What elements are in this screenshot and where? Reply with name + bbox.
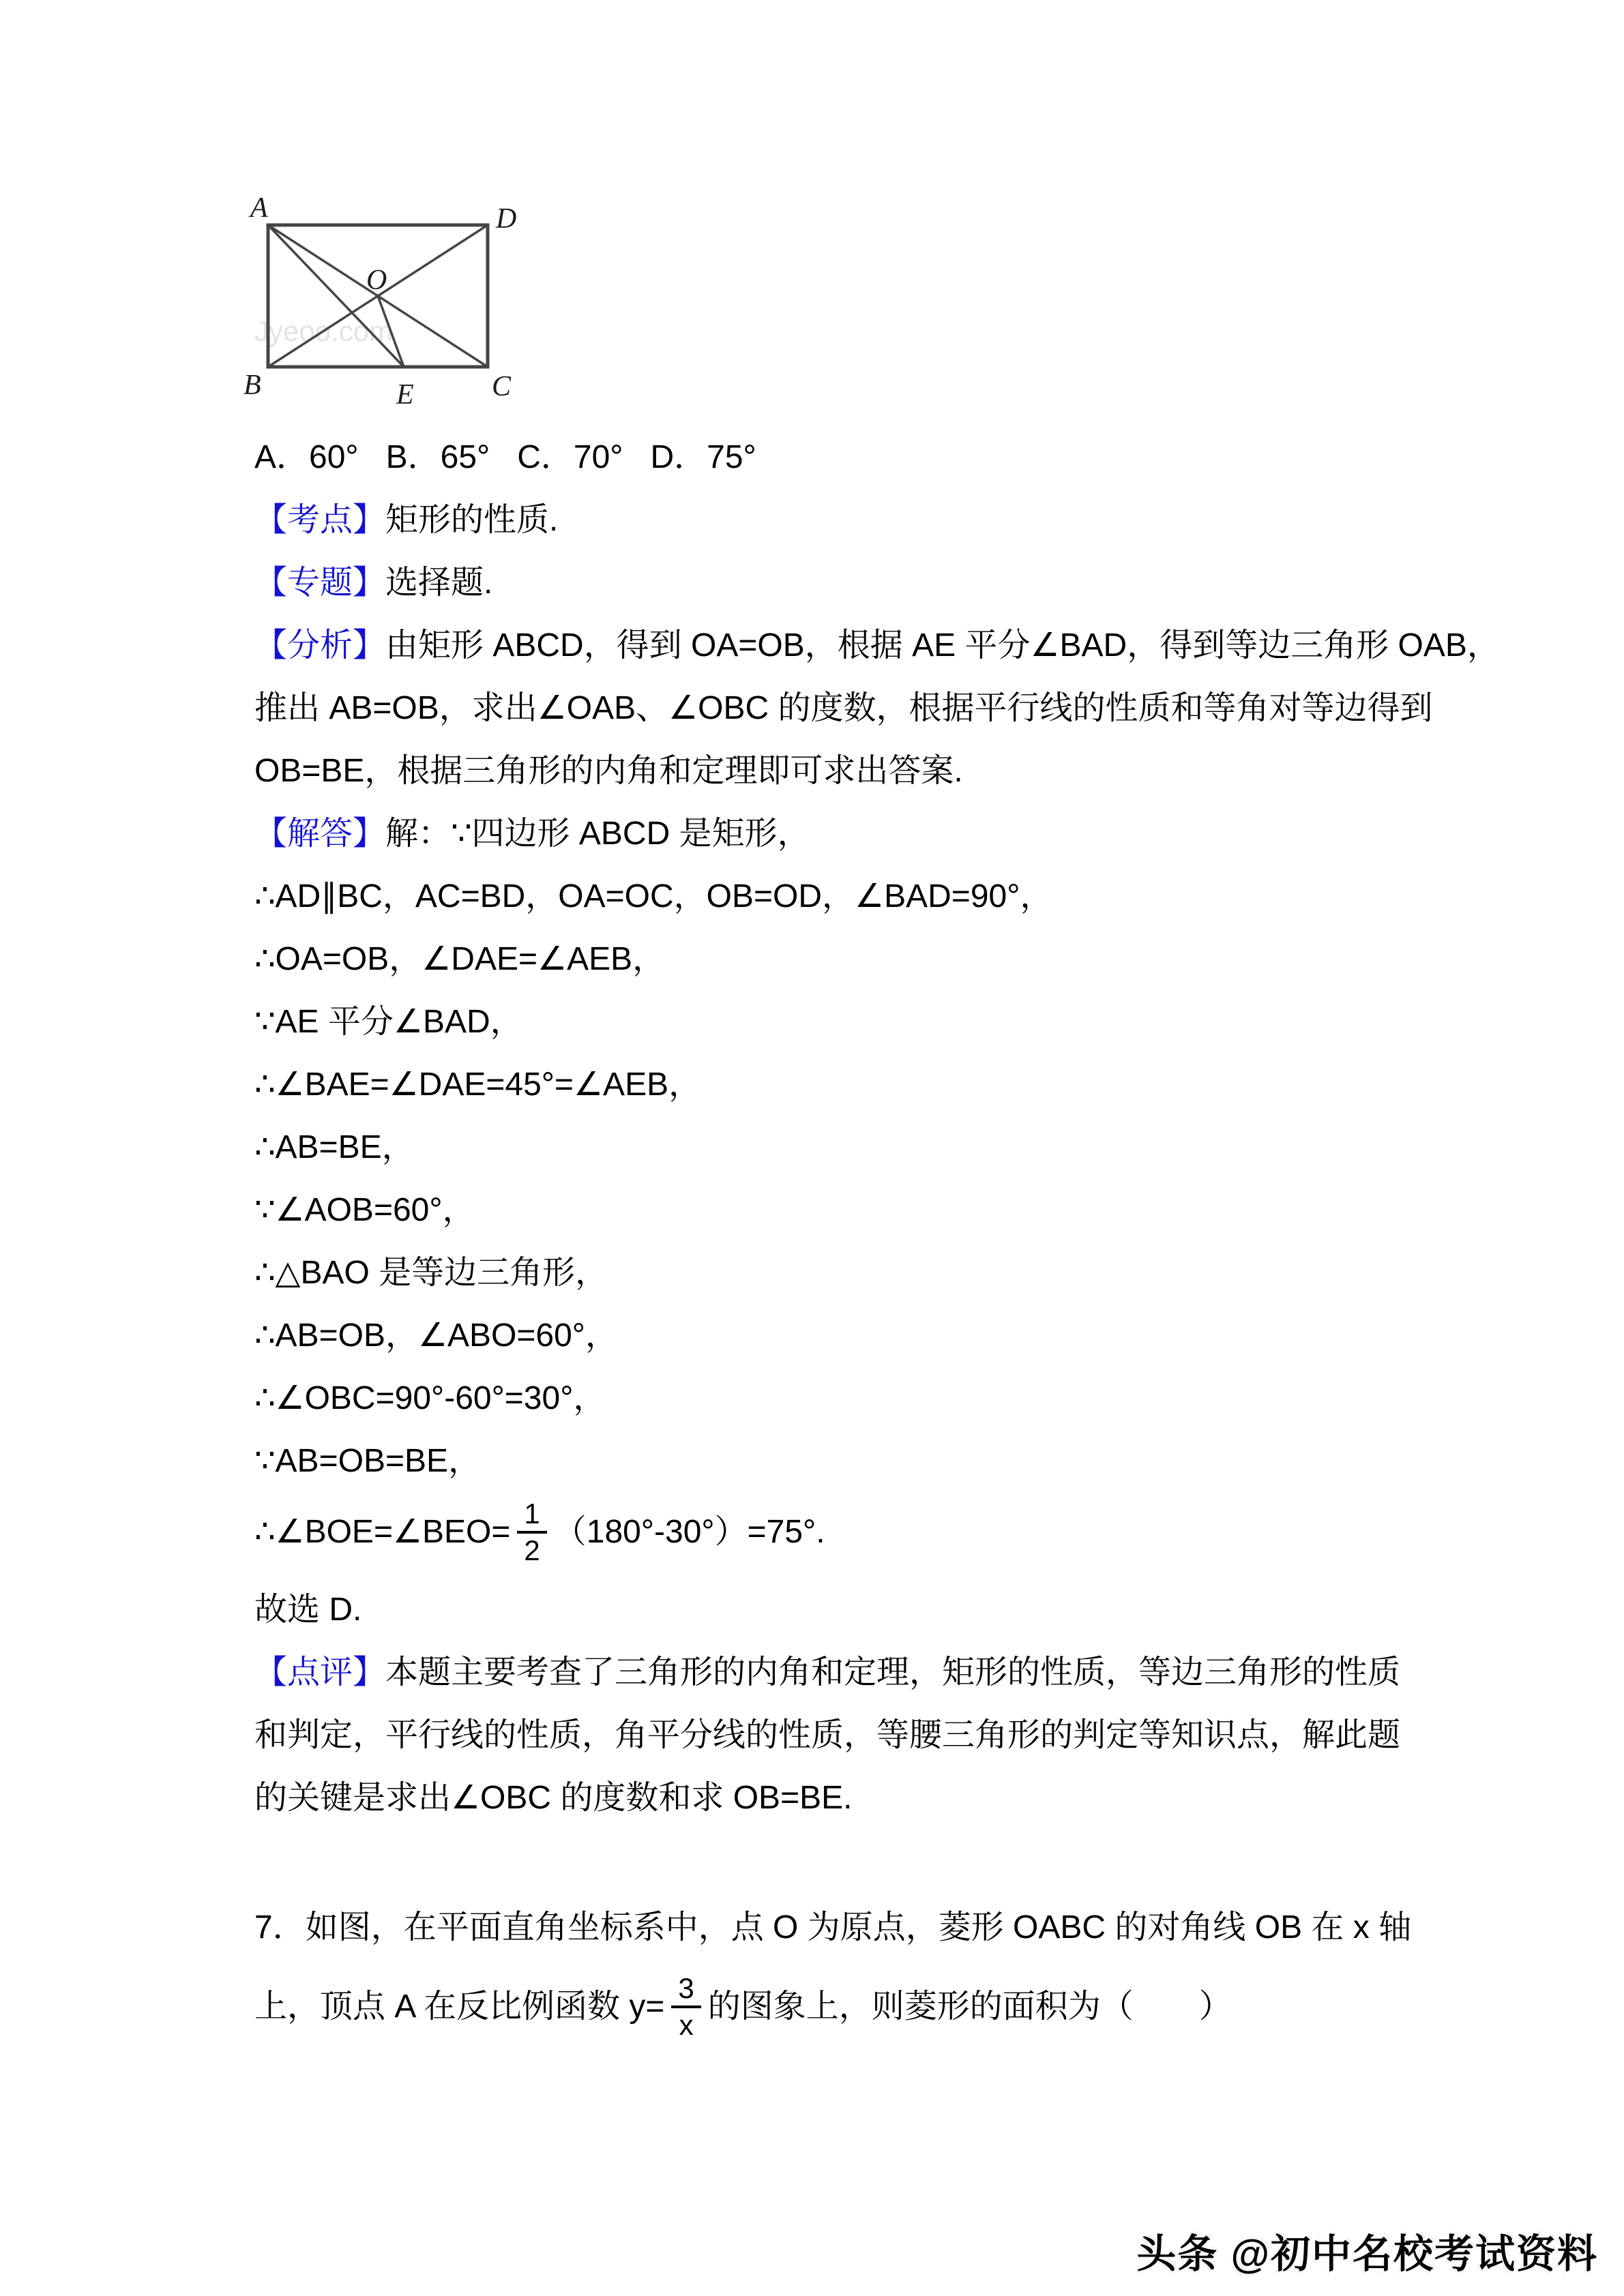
option-a: A．60°: [254, 439, 359, 475]
question7-post: 的图象上，则菱形的面积为（ ）: [708, 1956, 1232, 2058]
zhuanti-line: 【专题】选择题.: [254, 562, 492, 604]
fraction-one-half: 12: [517, 1499, 546, 1566]
dianping-text-1: 本题主要考查了三角形的内角和定理，矩形的性质，等边三角形的性质: [385, 1654, 1400, 1690]
dianping-text-2: 和判定，平行线的性质，角平分线的性质，等腰三角形的判定等知识点，解此题: [254, 1717, 1400, 1753]
conclusion-line: 故选 D.: [254, 1589, 361, 1631]
fenxi-line-3: OB=BE，根据三角形的内角和定理即可求出答案.: [254, 750, 963, 792]
boe-post: （180°-30°）=75°.: [554, 1481, 825, 1583]
question7-pre: 上，顶点 A 在反比例函数 y=: [254, 1956, 664, 2058]
option-d: D．75°: [650, 439, 756, 475]
boe-equation-line: ∴∠BOE=∠BEO=12（180°-30°）=75°.: [254, 1481, 825, 1583]
proof-step: ∴AB=OB，∠ABO=60°，: [254, 1315, 618, 1357]
fenxi-text-3: OB=BE，根据三角形的内角和定理即可求出答案.: [254, 753, 963, 789]
question7-line-1: 7．如图，在平面直角坐标系中，点 O 为原点，菱形 OABC 的对角线 OB 在…: [254, 1907, 1411, 1949]
fraction-denominator: 2: [517, 1534, 546, 1566]
answer-options-row: A．60°B．65°C．70°D．75°: [254, 436, 784, 479]
boe-pre: ∴∠BOE=∠BEO=: [254, 1481, 510, 1583]
dianping-line-3: 的关键是求出∠OBC 的度数和求 OB=BE.: [254, 1777, 852, 1819]
fenxi-line-1: 【分析】由矩形 ABCD，得到 OA=OB，根据 AE 平分∠BAD，得到等边三…: [254, 625, 1500, 667]
fenxi-line-2: 推出 AB=OB，求出∠OAB、∠OBC 的度数，根据平行线的性质和等角对等边得…: [254, 687, 1433, 730]
document-page: Jyeoo.com A D B C E O A．60°B．65°C．70°D．7…: [0, 0, 1624, 2296]
zhuanti-text: 选择题.: [385, 565, 492, 601]
proof-step: ∵AE 平分∠BAD，: [254, 1001, 523, 1043]
kaodian-line: 【考点】矩形的性质.: [254, 499, 558, 541]
fraction-three-over-x: 3x: [671, 1973, 700, 2040]
proof-step: ∴OA=OB，∠DAE=∠AEB，: [254, 938, 665, 981]
vertex-label-c: C: [492, 371, 512, 402]
proof-step-text: ∴OA=OB，∠DAE=∠AEB，: [254, 941, 665, 977]
toutiao-watermark: 头条 @初中名校考试资料: [1136, 2222, 1598, 2279]
question7-text-1: 7．如图，在平面直角坐标系中，点 O 为原点，菱形 OABC 的对角线 OB 在…: [254, 1909, 1411, 1945]
proof-step: ∴∠BAE=∠DAE=45°=∠AEB，: [254, 1064, 701, 1106]
proof-step-text: ∵∠AOB=60°，: [254, 1192, 475, 1228]
vertex-label-e: E: [396, 379, 414, 411]
fenxi-tag: 【分析】: [254, 627, 385, 664]
jieda-tag: 【解答】: [254, 816, 385, 852]
fenxi-text-1: 由矩形 ABCD，得到 OA=OB，根据 AE 平分∠BAD，得到等边三角形 O…: [385, 627, 1500, 664]
proof-step-text: ∴AD∥BC，AC=BD，OA=OC，OB=OD，∠BAD=90°，: [254, 878, 1052, 914]
question7-line-2: 上，顶点 A 在反比例函数 y=3x的图象上，则菱形的面积为（ ）: [254, 1956, 1232, 2058]
proof-step-text: ∴∠BAE=∠DAE=45°=∠AEB，: [254, 1067, 701, 1103]
fraction-numerator: 1: [517, 1499, 546, 1534]
dianping-line-1: 【点评】本题主要考查了三角形的内角和定理，矩形的性质，等边三角形的性质: [254, 1652, 1400, 1694]
conclusion-text: 故选 D.: [254, 1592, 361, 1628]
jieda-line-1: 【解答】解：∵四边形 ABCD 是矩形，: [254, 813, 810, 855]
kaodian-text: 矩形的性质.: [385, 502, 558, 538]
option-b: B．65°: [386, 439, 490, 475]
vertex-label-b: B: [243, 370, 261, 401]
dianping-line-2: 和判定，平行线的性质，角平分线的性质，等腰三角形的判定等知识点，解此题: [254, 1714, 1400, 1757]
proof-step: ∴∠OBC=90°-60°=30°，: [254, 1377, 606, 1420]
fraction-numerator: 3: [671, 1973, 700, 2008]
proof-step-text: ∴AB=OB，∠ABO=60°，: [254, 1317, 618, 1354]
proof-step-text: ∴∠OBC=90°-60°=30°，: [254, 1380, 606, 1416]
proof-step: ∵∠AOB=60°，: [254, 1189, 475, 1232]
vertex-label-o: O: [366, 265, 387, 296]
proof-step-text: ∵AE 平分∠BAD，: [254, 1004, 523, 1040]
vertex-label-d: D: [495, 203, 516, 235]
fraction-denominator: x: [671, 2008, 700, 2040]
fenxi-text-2: 推出 AB=OB，求出∠OAB、∠OBC 的度数，根据平行线的性质和等角对等边得…: [254, 690, 1433, 726]
dianping-tag: 【点评】: [254, 1654, 385, 1690]
proof-step: ∴AB=BE，: [254, 1127, 415, 1169]
proof-step-text: ∵AB=OB=BE，: [254, 1443, 481, 1479]
geometry-figure: Jyeoo.com A D B C E O: [242, 192, 535, 417]
zhuanti-tag: 【专题】: [254, 565, 385, 601]
proof-step-text: ∴△BAO 是等边三角形，: [254, 1255, 608, 1291]
jieda-text-1: 解：∵四边形 ABCD 是矩形，: [385, 816, 810, 852]
vertex-label-a: A: [248, 192, 268, 224]
option-c: C．70°: [517, 439, 623, 475]
proof-step: ∴△BAO 是等边三角形，: [254, 1252, 608, 1294]
dianping-text-3: 的关键是求出∠OBC 的度数和求 OB=BE.: [254, 1780, 852, 1816]
proof-step: ∵AB=OB=BE，: [254, 1440, 481, 1482]
rectangle-diagram: Jyeoo.com A D B C E O: [242, 192, 535, 417]
proof-step-text: ∴AB=BE，: [254, 1129, 415, 1165]
proof-step: ∴AD∥BC，AC=BD，OA=OC，OB=OD，∠BAD=90°，: [254, 876, 1052, 918]
kaodian-tag: 【考点】: [254, 502, 385, 538]
